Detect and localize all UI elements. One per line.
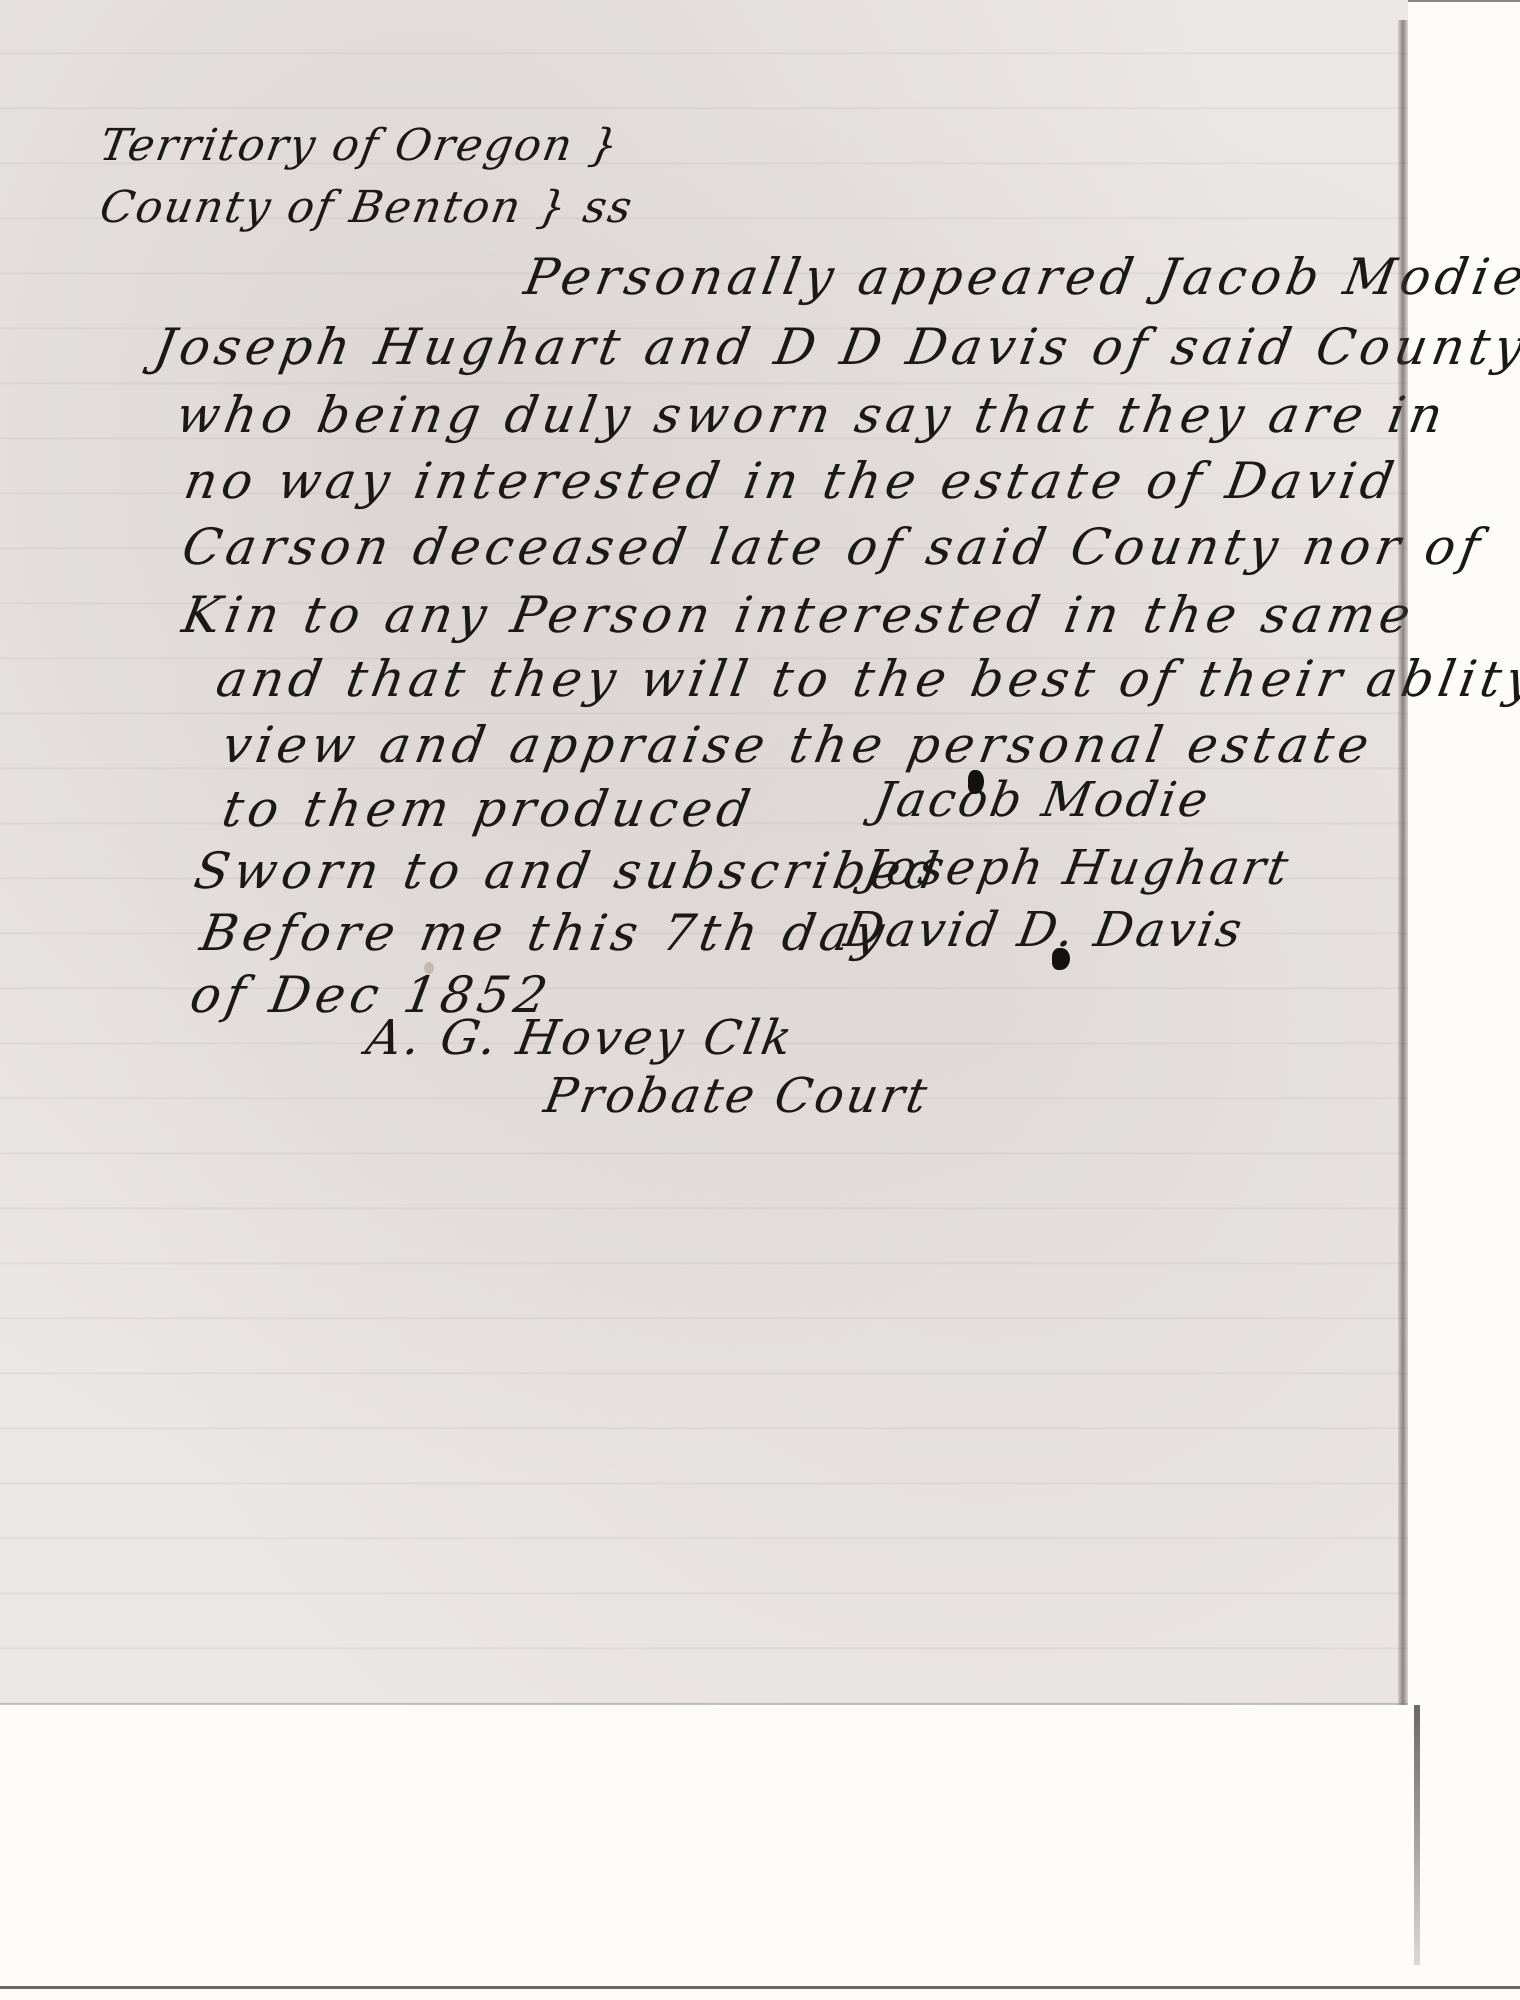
body-line-2: Joseph Hughart and D D Davis of said Cou…	[150, 318, 1520, 376]
jurat-line-2: Before me this 7th day	[196, 904, 893, 962]
page-bottom-edge	[0, 1703, 1408, 1705]
body-line-1: Personally appeared Jacob Modie	[520, 248, 1520, 306]
signature-david-davis: David D. Davis	[840, 902, 1249, 958]
venue-territory: Territory of Oregon }	[96, 120, 624, 171]
body-line-3: who being duly sworn say that they are i…	[172, 386, 1452, 444]
scanned-document: Territory of Oregon } County of Benton }…	[0, 0, 1520, 2000]
body-line-7: and that they will to the best of their …	[212, 650, 1520, 708]
body-line-8: view and appraise the personal estate	[218, 716, 1378, 774]
venue-county: County of Benton } ss	[96, 182, 637, 233]
scan-bottom-border	[0, 1986, 1520, 1989]
signature-jacob-modie: Jacob Modie	[870, 772, 1215, 828]
body-line-4: no way interested in the estate of David	[180, 452, 1403, 510]
document-page: Territory of Oregon } County of Benton }…	[0, 0, 1408, 1705]
jurat-line-1: Sworn to and subscribed	[190, 842, 947, 900]
body-line-5: Carson deceased late of said County nor …	[178, 518, 1489, 576]
ink-blot	[1052, 948, 1070, 970]
clerk-signature: A. G. Hovey Clk	[362, 1010, 799, 1066]
scan-edge-strip	[1414, 1705, 1420, 1965]
body-line-9: to them produced	[218, 780, 759, 838]
clerk-office: Probate Court	[540, 1068, 934, 1124]
page-edge-shadow	[1398, 20, 1408, 1705]
stain-spot	[424, 962, 434, 974]
body-line-6: Kin to any Person interested in the same	[178, 586, 1420, 644]
